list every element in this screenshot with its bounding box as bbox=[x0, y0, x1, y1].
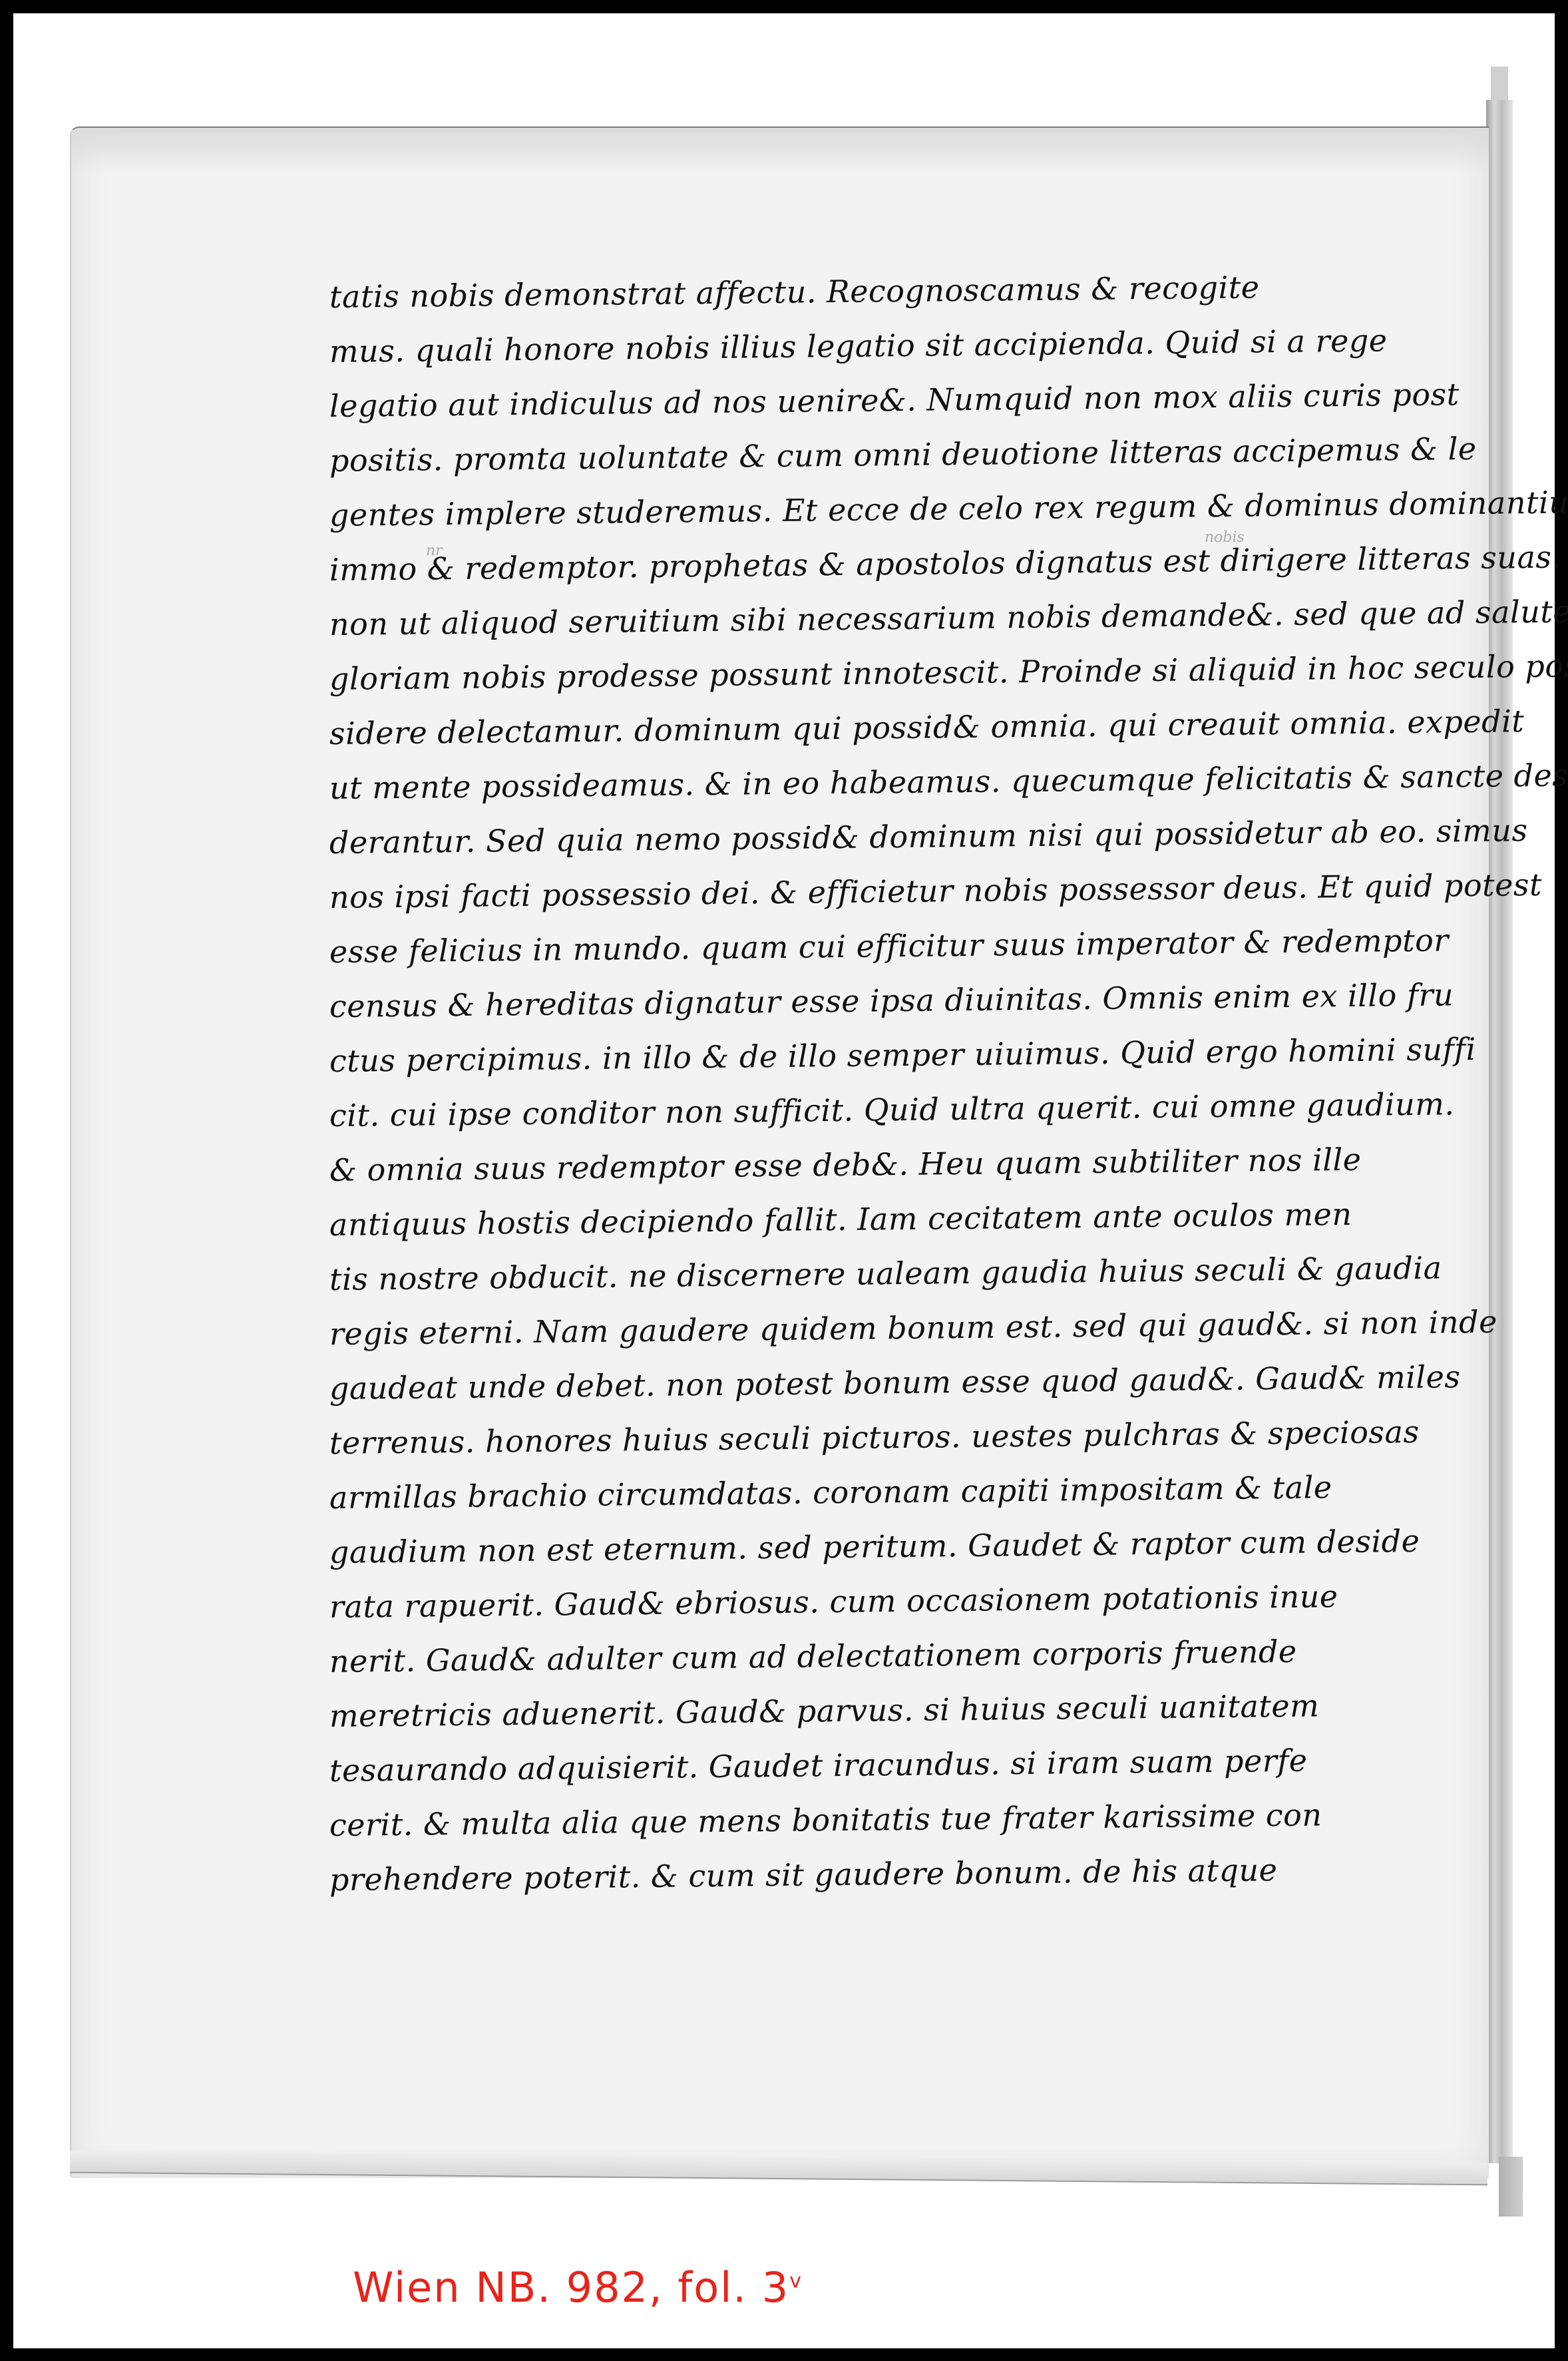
binding-tab-bottom bbox=[1499, 2157, 1523, 2217]
interlinear-gloss: nr bbox=[426, 542, 443, 559]
caption-verso-mark: v bbox=[789, 2269, 803, 2292]
manuscript-text-block: tatis nobis demonstrat affectu. Recognos… bbox=[329, 270, 1501, 1907]
interlinear-gloss: nobis bbox=[1205, 529, 1245, 546]
archive-caption: Wien NB. 982, fol. 3v bbox=[353, 2263, 803, 2312]
manuscript-line: prehendere poterit. & cum sit gaudere bo… bbox=[329, 1840, 1501, 1907]
caption-text: Wien NB. 982, fol. 3 bbox=[353, 2263, 789, 2312]
